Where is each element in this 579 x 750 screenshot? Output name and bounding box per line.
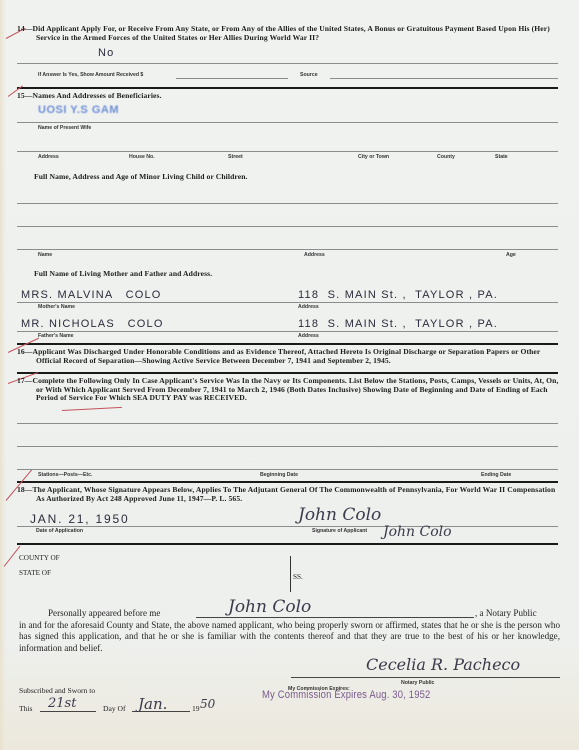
label-county: County — [437, 154, 455, 160]
ss-label: SS. — [293, 573, 303, 581]
county-label: COUNTY OF — [19, 554, 60, 562]
q16-body: Applicant Was Discharged Under Honorable… — [33, 347, 541, 365]
mother-name-label: Mother's Name — [38, 304, 75, 310]
mother-address-label: Address — [298, 304, 319, 310]
label-child-name: Name — [38, 252, 52, 258]
q16-number: 16 — [17, 347, 25, 356]
mother-name-value[interactable]: MRS. MALVINA COLO — [21, 289, 162, 301]
application-date-label: Date of Application — [36, 528, 83, 534]
this-label: This — [19, 704, 33, 713]
label-house-no: House No. — [129, 154, 155, 160]
section-divider — [17, 343, 558, 345]
label-street: Street — [228, 154, 243, 160]
label-beginning-date: Beginning Date — [260, 472, 298, 478]
applicant-signature[interactable]: John Colo — [298, 505, 381, 525]
notary-public-label: Notary Public — [401, 680, 434, 686]
section-divider — [17, 372, 558, 374]
parents-title: Full Name of Living Mother and Father an… — [34, 270, 212, 279]
month-value[interactable]: Jan. — [138, 695, 167, 713]
day-of-label: Day Of — [103, 704, 126, 713]
wife-name-label: Name of Present Wife — [38, 125, 91, 131]
state-label: STATE OF — [19, 569, 51, 577]
applicant-signature-repeat: John Colo — [383, 524, 452, 540]
section-divider — [17, 87, 558, 89]
section-divider — [17, 543, 558, 545]
document-page: 14—Did Applicant Apply For, or Receive F… — [0, 0, 579, 750]
label-ending-date: Ending Date — [481, 472, 511, 478]
section-divider — [17, 481, 558, 483]
signature-label: Signature of Applicant — [312, 528, 367, 534]
father-name-value[interactable]: MR. NICHOLAS COLO — [21, 318, 164, 330]
commission-stamp: My Commission Expires Aug. 30, 1952 — [262, 689, 430, 701]
father-name-label: Father's Name — [38, 333, 74, 339]
day-value[interactable]: 21st — [48, 696, 76, 711]
q15-number: 15 — [17, 91, 25, 100]
q17-body: Complete the Following Only In Case Appl… — [33, 376, 559, 402]
q17-number: 17 — [17, 376, 25, 385]
father-address-label: Address — [298, 333, 319, 339]
q17-text: 17—Complete the Following Only In Case A… — [17, 377, 560, 403]
year-value[interactable]: 50 — [200, 697, 215, 711]
label-state: State — [495, 154, 508, 160]
q16-text: 16—Applicant Was Discharged Under Honora… — [17, 348, 560, 365]
q18-text: 18—The Applicant, Whose Signature Appear… — [17, 486, 560, 503]
subscribed-label: Subscribed and Sworn to — [19, 686, 95, 695]
q15-title: 15—Names And Addresses of Beneficiaries. — [17, 92, 162, 101]
children-title: Full Name, Address and Age of Minor Livi… — [34, 173, 248, 182]
paper-edge — [0, 0, 6, 750]
appeared-name-signature[interactable]: John Colo — [228, 597, 311, 617]
notary-public-suffix: , a Notary Public — [475, 608, 537, 619]
notary-body: in and for the aforesaid County and Stat… — [19, 620, 560, 654]
notary-signature[interactable]: Cecelia R. Pacheco — [366, 655, 520, 674]
q14-number: 14 — [17, 24, 25, 33]
q18-number: 18 — [17, 485, 25, 494]
label-child-address: Address — [304, 252, 325, 258]
label-stations: Stations—Posts—Etc. — [38, 472, 92, 478]
q15-title-text: Names And Addresses of Beneficiaries. — [33, 91, 162, 100]
red-check-mark — [4, 546, 21, 567]
label-address: Address — [38, 154, 59, 160]
amount-received-label: If Answer Is Yes, Show Amount Received $ — [38, 72, 143, 78]
q14-answer[interactable]: No — [98, 47, 114, 59]
source-label: Source — [300, 72, 318, 78]
appeared-prefix: Personally appeared before me — [48, 608, 160, 618]
application-date-value[interactable]: JAN. 21, 1950 — [30, 512, 129, 526]
q14-question: 14—Did Applicant Apply For, or Receive F… — [17, 25, 562, 42]
mother-address-value[interactable]: 118 S. MAIN St. , TAYLOR , PA. — [298, 289, 498, 301]
q18-body: The Applicant, Whose Signature Appears B… — [33, 485, 556, 503]
label-child-age: Age — [506, 252, 516, 258]
q14-text: Did Applicant Apply For, or Receive From… — [33, 24, 550, 42]
father-address-value[interactable]: 118 S. MAIN St. , TAYLOR , PA. — [298, 318, 498, 330]
wife-name-stamp[interactable]: UOSI Y.S GAM — [38, 104, 119, 116]
year-prefix: 19 — [192, 704, 200, 713]
label-city: City or Town — [358, 154, 389, 160]
red-underline-mark — [62, 407, 122, 411]
ss-brace — [290, 556, 291, 592]
